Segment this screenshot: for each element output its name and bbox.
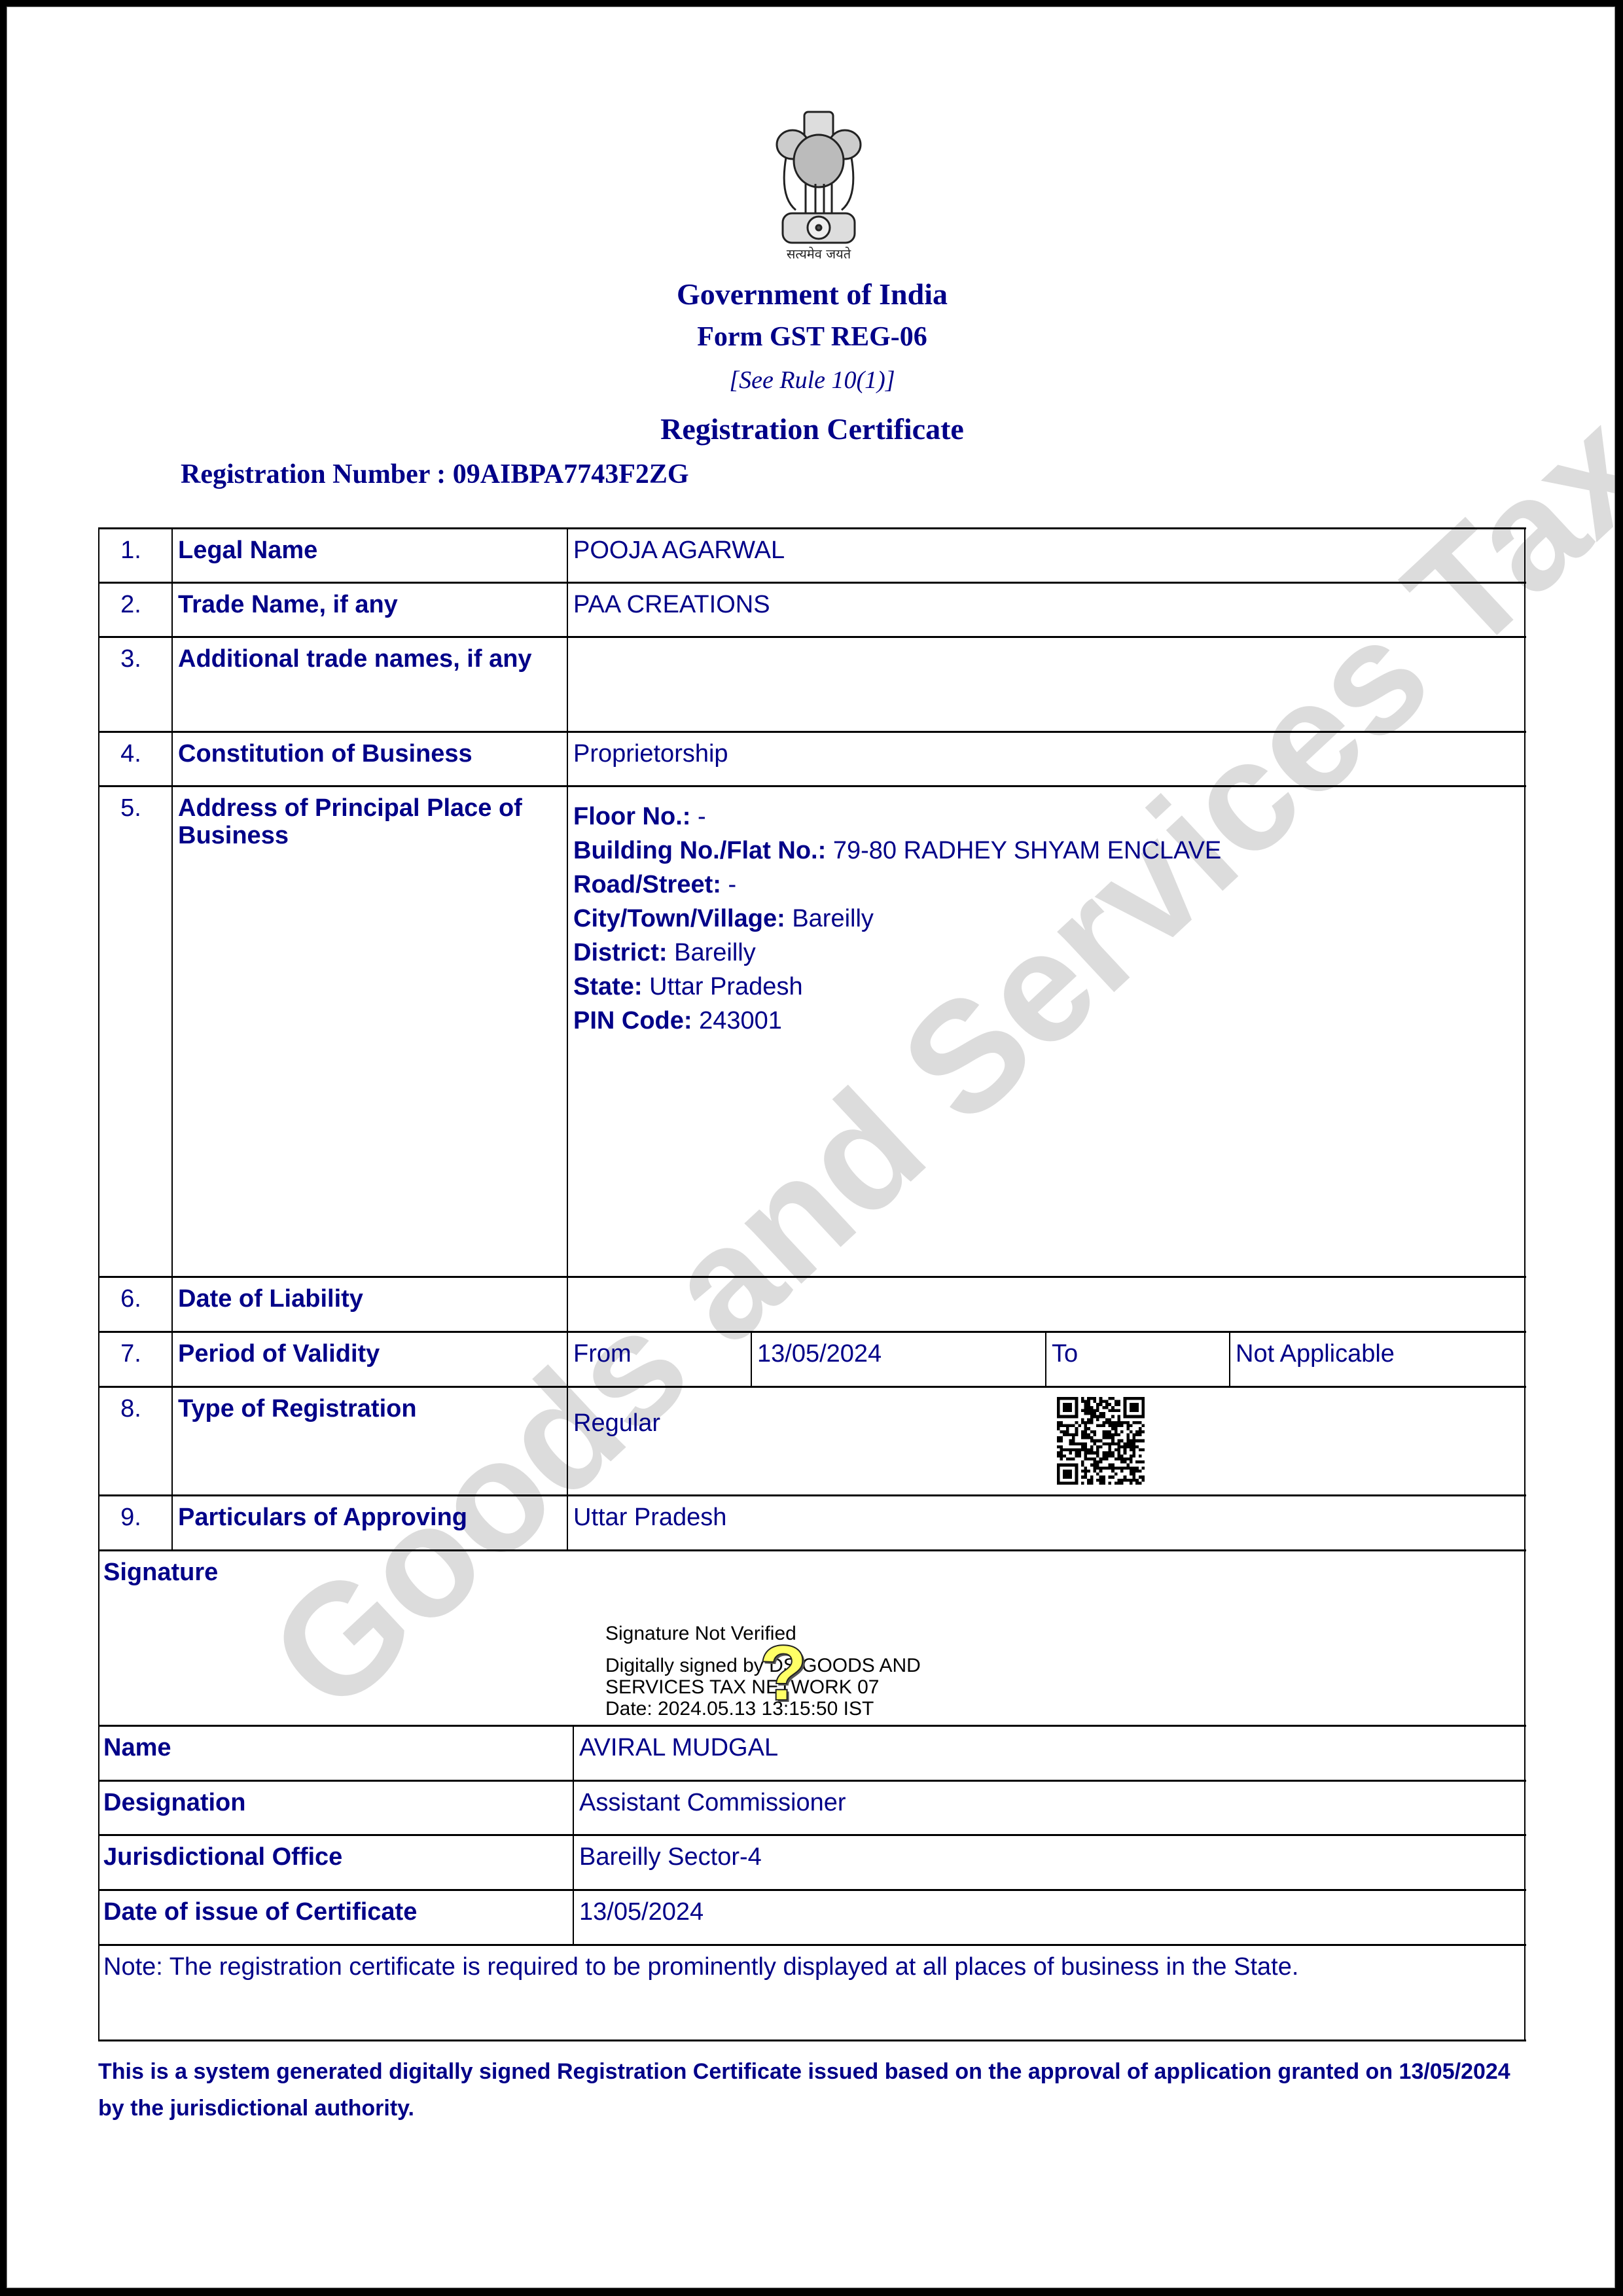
city-label: City/Town/Village:	[573, 905, 785, 932]
district-value: Bareilly	[674, 939, 756, 966]
jurisdictional-office-label: Jurisdictional Office	[103, 1843, 342, 1871]
approving-value: Uttar Pradesh	[573, 1504, 726, 1531]
validity-from-value: 13/05/2024	[757, 1340, 882, 1368]
row-1-number: 1.	[98, 537, 164, 564]
row-7-number: 7.	[98, 1340, 164, 1368]
row-3-label: Additional trade names, if any	[178, 645, 558, 673]
jurisdictional-office-value: Bareilly Sector-4	[579, 1843, 762, 1871]
pin-label: PIN Code:	[573, 1007, 692, 1034]
validity-to-label: To	[1052, 1340, 1078, 1368]
row-2-label: Trade Name, if any	[178, 591, 398, 618]
road-label: Road/Street:	[573, 871, 721, 898]
state-value: Uttar Pradesh	[649, 973, 802, 1000]
row-4-number: 4.	[98, 740, 164, 768]
validity-from-label: From	[573, 1340, 632, 1368]
officer-name-value: AVIRAL MUDGAL	[579, 1734, 778, 1761]
road-value: -	[728, 871, 736, 898]
designation-label: Designation	[103, 1789, 245, 1816]
row-4-label: Constitution of Business	[178, 740, 473, 768]
constitution-value: Proprietorship	[573, 740, 728, 768]
floor-label: Floor No.:	[573, 803, 690, 830]
designation-value: Assistant Commissioner	[579, 1789, 846, 1816]
registration-type-value: Regular	[573, 1409, 660, 1437]
address-block: Floor No.: - Building No./Flat No.: 79-8…	[573, 800, 1221, 1038]
building-value: 79-80 RADHEY SHYAM ENCLAVE	[833, 837, 1221, 864]
system-generated-footer: This is a system generated digitally sig…	[98, 2053, 1525, 2127]
row-6-label: Date of Liability	[178, 1285, 363, 1313]
details-table	[0, 0, 1623, 2296]
validity-to-value: Not Applicable	[1236, 1340, 1395, 1368]
trade-name-value: PAA CREATIONS	[573, 591, 770, 618]
officer-name-label: Name	[103, 1734, 171, 1761]
row-3-number: 3.	[98, 645, 164, 673]
row-7-label: Period of Validity	[178, 1340, 380, 1368]
issue-date-label: Date of issue of Certificate	[103, 1898, 417, 1926]
pin-value: 243001	[699, 1007, 782, 1034]
row-8-label: Type of Registration	[178, 1395, 417, 1422]
row-5-label: Address of Principal Place of Business	[178, 794, 564, 849]
row-8-number: 8.	[98, 1395, 164, 1422]
signature-unverified-icon[interactable]: ?	[759, 1628, 807, 1718]
row-2-number: 2.	[98, 591, 164, 618]
building-label: Building No./Flat No.:	[573, 837, 826, 864]
state-label: State:	[573, 973, 643, 1000]
floor-value: -	[698, 803, 706, 830]
legal-name-value: POOJA AGARWAL	[573, 537, 785, 564]
signature-label: Signature	[103, 1559, 218, 1586]
display-note: Note: The registration certificate is re…	[103, 1953, 1517, 1981]
row-6-number: 6.	[98, 1285, 164, 1313]
city-value: Bareilly	[792, 905, 874, 932]
qr-code-icon[interactable]	[1057, 1397, 1145, 1485]
row-1-label: Legal Name	[178, 537, 317, 564]
row-9-number: 9.	[98, 1504, 164, 1531]
row-5-number: 5.	[98, 794, 164, 822]
row-9-label: Particulars of Approving	[178, 1504, 467, 1531]
district-label: District:	[573, 939, 668, 966]
issue-date-value: 13/05/2024	[579, 1898, 704, 1926]
